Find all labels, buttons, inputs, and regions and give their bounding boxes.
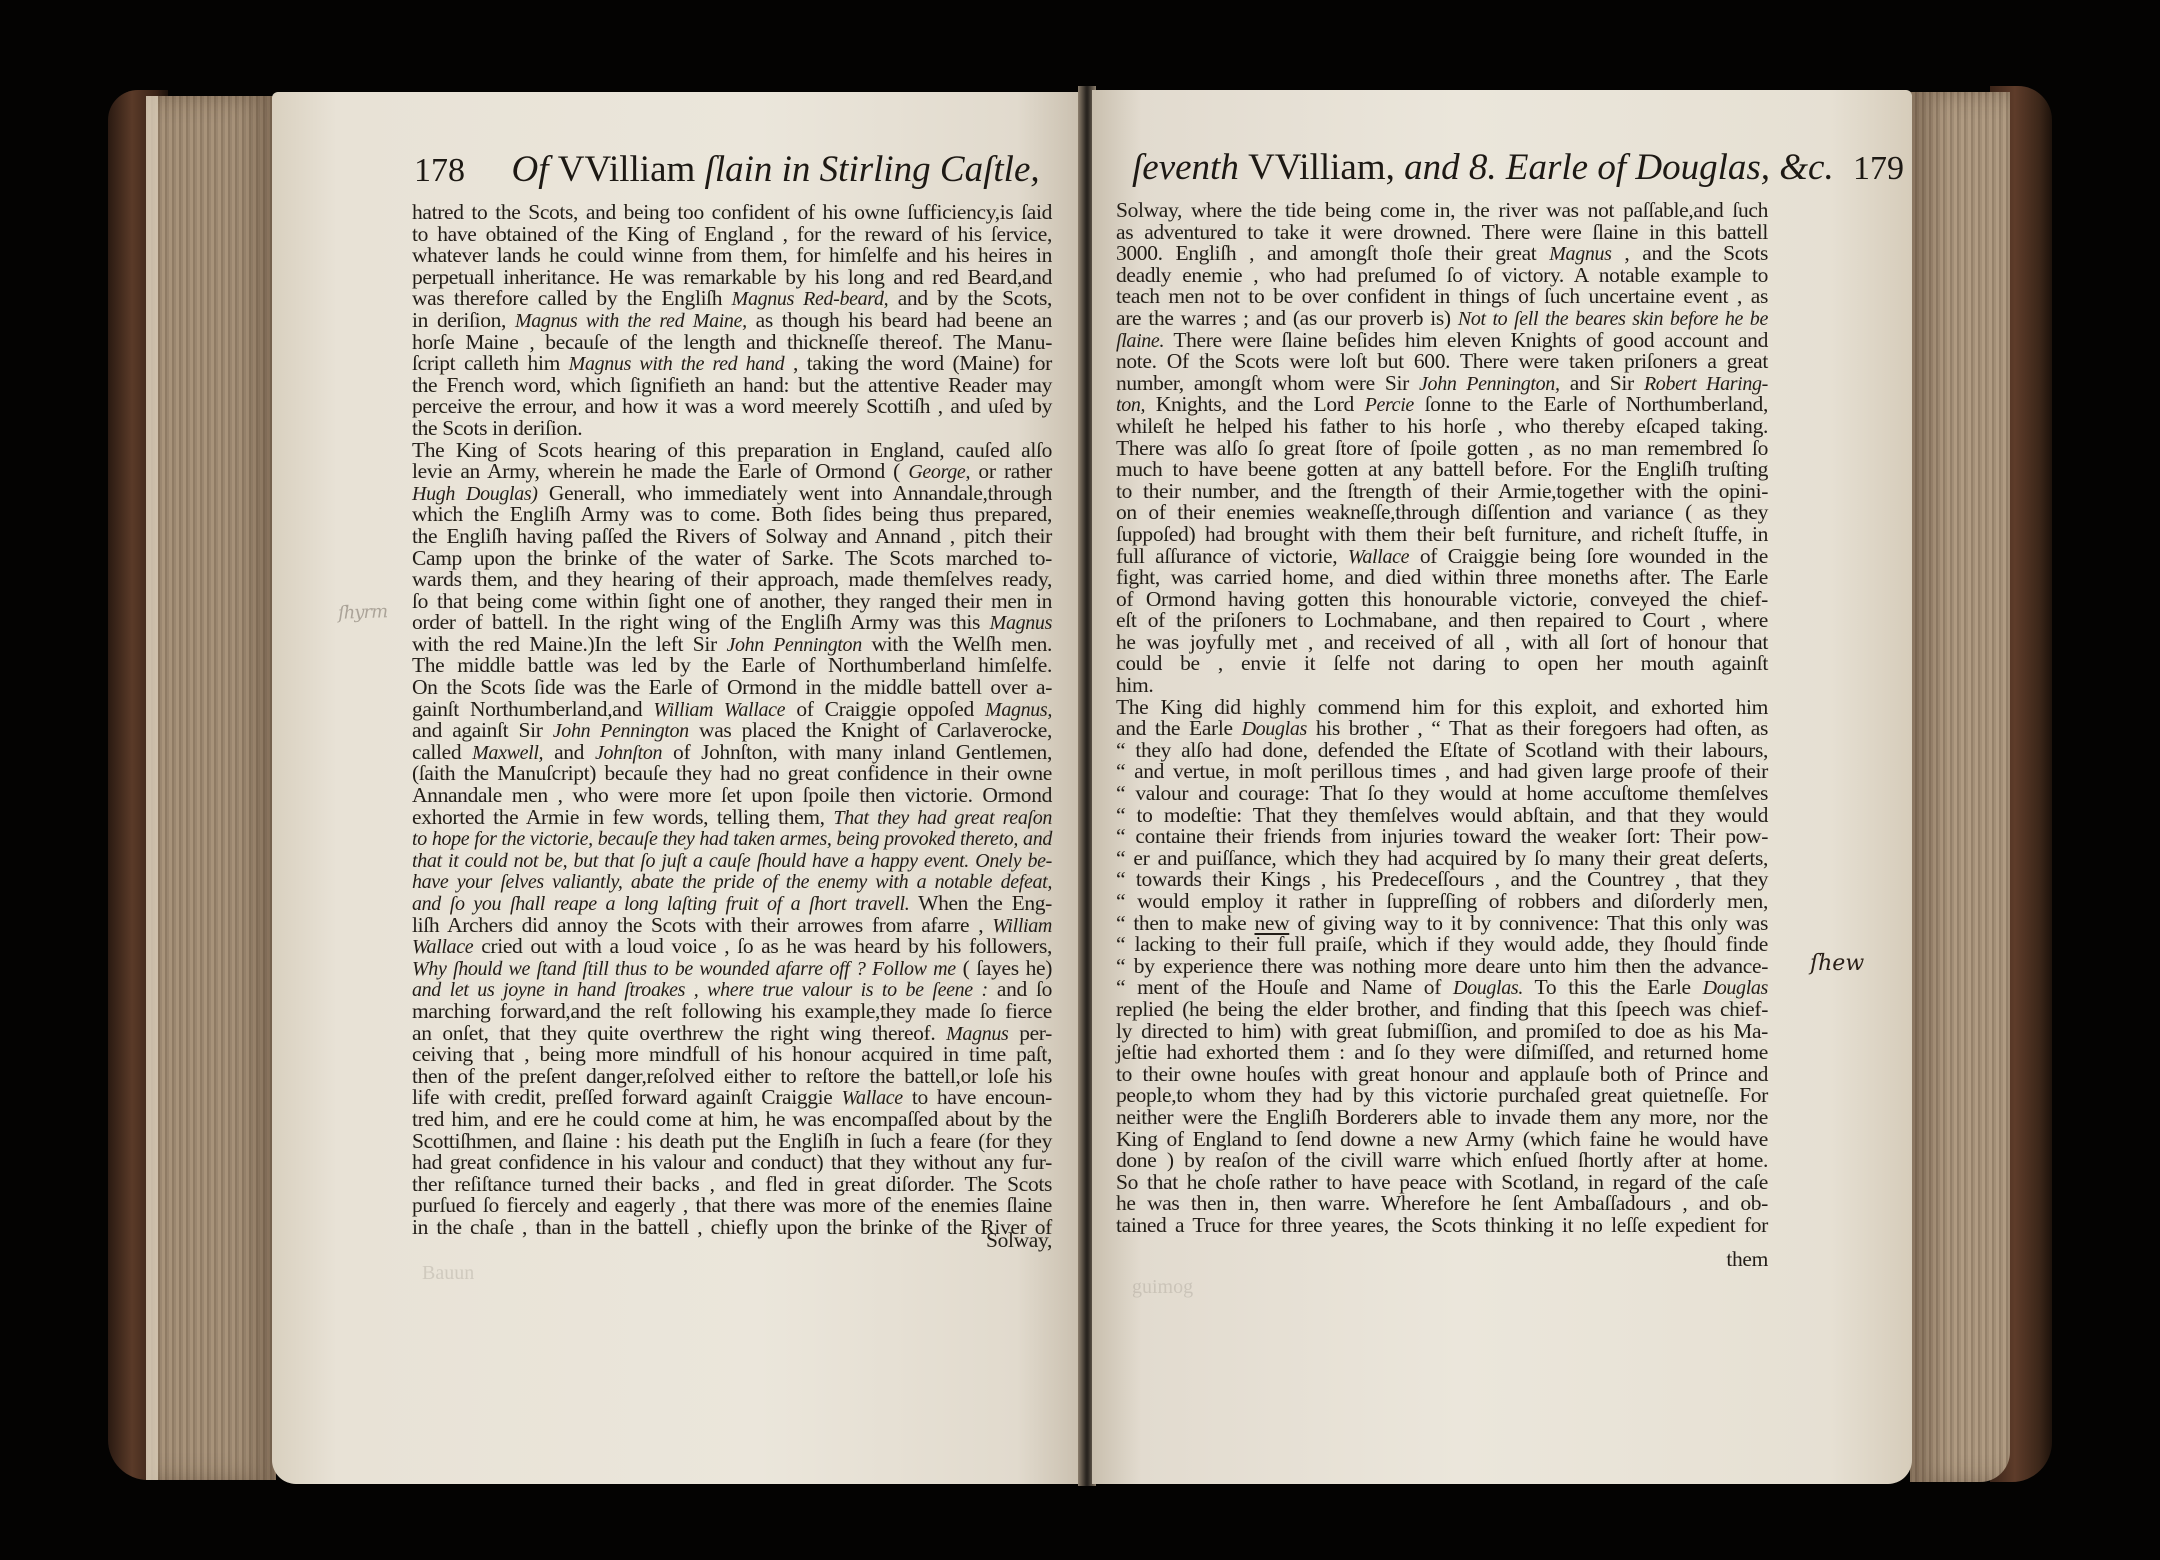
- photo-background: 178 Of VVilliam ſlain in Stirling Caſtle…: [0, 0, 2160, 1560]
- text-line: of Ormond having gotten this honourable …: [1116, 589, 1768, 611]
- text-line: The King of Scots hearing of this prepar…: [412, 440, 1052, 462]
- text-line: which the Engliſh Army was to come. Both…: [412, 504, 1052, 526]
- text-line: note. Of the Scots were loſt but 600. Th…: [1116, 351, 1768, 373]
- catchword-block: Solway,: [412, 1230, 1052, 1252]
- running-title: ſeventh VVilliam, and 8. Earle of Dougla…: [1132, 147, 1834, 188]
- margin-annotation: ſhew: [1810, 951, 1864, 976]
- text-line: done ) by reaſon of the civill warre whi…: [1116, 1150, 1768, 1172]
- catchword: them: [1116, 1249, 1768, 1271]
- text-line: “ valour and courage: That ſo they would…: [1116, 783, 1768, 805]
- text-line: whatever lands he could winne from them,…: [412, 245, 1052, 267]
- text-line: eſt of the priſoners to Lochmabane, and …: [1116, 610, 1768, 632]
- text-line: horſe Maine , becauſe of the length and …: [412, 332, 1052, 354]
- text-line: that it could not be, but that ſo juſt a…: [412, 850, 1052, 872]
- text-line: “ they alſo had done, defended the Eſtat…: [1116, 740, 1768, 762]
- text-line: on of their enemies weakneſſe,through di…: [1116, 502, 1768, 524]
- text-line: with the red Maine.)In the left Sir John…: [412, 634, 1052, 656]
- text-line: teach men not to be over confident in th…: [1116, 286, 1768, 308]
- text-line: jeſtie had exhorted them : and ſo they w…: [1116, 1042, 1768, 1064]
- text-line: tained a Truce for three yeares, the Sco…: [1116, 1215, 1768, 1237]
- text-line: ſuppoſed) had brought with them their be…: [1116, 524, 1768, 546]
- right-page: ſeventh VVilliam, and 8. Earle of Dougla…: [1092, 90, 1912, 1484]
- text-line: “ er and puiſſance, which they had acqui…: [1116, 848, 1768, 870]
- text-line: Solway, where the tide being come in, th…: [1116, 200, 1768, 222]
- text-line: ceiving that , being more mindfull of hi…: [412, 1044, 1052, 1066]
- text-line: purſued ſo fiercely and eagerly , that t…: [412, 1195, 1052, 1217]
- text-line: had great confidence in his valour and c…: [412, 1152, 1052, 1174]
- text-line: have your ſelves valiantly, abate the pr…: [412, 871, 1052, 893]
- text-line: Wallace cried out with a loud voice , ſo…: [412, 936, 1052, 958]
- margin-annotation: ſhyrm: [338, 601, 388, 624]
- text-line: On the Scots ſide was the Earle of Ormon…: [412, 677, 1052, 699]
- text-line: number, amongſt whom were Sir John Penni…: [1116, 373, 1768, 395]
- text-line: Hugh Douglas) Generall, who immediately …: [412, 483, 1052, 505]
- text-line: him.: [1116, 675, 1768, 697]
- text-line: then of the preſent danger,reſolved eith…: [412, 1066, 1052, 1088]
- text-line: wards them, and they hearing of their ap…: [412, 569, 1052, 591]
- text-line: much to have beene gotten at any battell…: [1116, 459, 1768, 481]
- text-line: to hope for the victorie, becauſe they h…: [412, 828, 1052, 850]
- text-line: and ſo you ſhall reape a long laſting fr…: [412, 893, 1052, 915]
- text-line: ton, Knights, and the Lord Percie ſonne …: [1116, 394, 1768, 416]
- catchword: Solway,: [412, 1230, 1052, 1252]
- text-line: ly directed to him) with great ſubmiſſio…: [1116, 1021, 1768, 1043]
- page-number: 179: [1853, 150, 1904, 187]
- show-through-text: Bauun: [422, 1262, 474, 1285]
- text-line: ther reſiſtance turned their backs , and…: [412, 1174, 1052, 1196]
- text-line: to have obtained of the King of England …: [412, 224, 1052, 246]
- text-line: he was then in, then warre. Wherefore he…: [1116, 1193, 1768, 1215]
- text-line: deadly enemie , who had preſumed ſo of v…: [1116, 265, 1768, 287]
- page-number: 178: [414, 152, 465, 189]
- text-line: order of battell. In the right wing of t…: [412, 612, 1052, 634]
- text-line: Camp upon the brinke of the water of Sar…: [412, 548, 1052, 570]
- text-line: to their number, and the ſtrength of the…: [1116, 481, 1768, 503]
- text-line: perceive the errour, and how it was a wo…: [412, 396, 1052, 418]
- text-line: as adventured to take it were drowned. T…: [1116, 222, 1768, 244]
- text-line: Scottiſhmen, and ſlaine : his death put …: [412, 1131, 1052, 1153]
- left-page: 178 Of VVilliam ſlain in Stirling Caſtle…: [272, 92, 1082, 1484]
- text-line: exhorted the Armie in few words, telling…: [412, 807, 1052, 829]
- text-line: could be , envie it ſelfe not daring to …: [1116, 653, 1768, 675]
- text-line: “ by experience there was nothing more d…: [1116, 956, 1768, 978]
- text-line: ſcript calleth him Magnus with the red h…: [412, 353, 1052, 375]
- text-line: life with credit, preſſed forward againſ…: [412, 1087, 1052, 1109]
- text-line: The King did highly commend him for this…: [1116, 697, 1768, 719]
- text-line: called Maxwell, and Johnſton of Johnſton…: [412, 742, 1052, 764]
- text-line: levie an Army, wherein he made the Earle…: [412, 461, 1052, 483]
- running-head-right: ſeventh VVilliam, and 8. Earle of Dougla…: [1132, 148, 1904, 189]
- text-line: and the Earle Douglas his brother , “ Th…: [1116, 718, 1768, 740]
- text-line: “ would employ it rather in ſuppreſſing …: [1116, 891, 1768, 913]
- text-line: and let us joyne in hand ſtroakes , wher…: [412, 979, 1052, 1001]
- text-line: are the warres ; and (as our proverb is)…: [1116, 308, 1768, 330]
- text-line: and againſt Sir John Pennington was plac…: [412, 720, 1052, 742]
- text-line: the Engliſh having paſſed the Rivers of …: [412, 526, 1052, 548]
- text-line: “ containe their friends from injuries t…: [1116, 826, 1768, 848]
- text-line: King of England to ſend downe a new Army…: [1116, 1129, 1768, 1151]
- text-line: “ to modeſtie: That they themſelves woul…: [1116, 805, 1768, 827]
- text-line: he was joyfully met , and received of al…: [1116, 632, 1768, 654]
- text-line: The middle battle was led by the Earle o…: [412, 655, 1052, 677]
- text-line: was therefore called by the Engliſh Magn…: [412, 288, 1052, 310]
- show-through-text: guimog: [1132, 1276, 1193, 1299]
- text-line: to their owne houſes with great honour a…: [1116, 1064, 1768, 1086]
- text-line: tred him, and ere he could come at him, …: [412, 1109, 1052, 1131]
- text-line: fight, was carried home, and died within…: [1116, 567, 1768, 589]
- text-line: neither were the Engliſh Borderers able …: [1116, 1107, 1768, 1129]
- body-text: Solway, where the tide being come in, th…: [1116, 200, 1768, 1237]
- text-line: the French word, which ſignifieth an han…: [412, 375, 1052, 397]
- text-line: the Scots in deriſion.: [412, 418, 1052, 440]
- text-line: “ lacking to their full praiſe, which if…: [1116, 934, 1768, 956]
- text-line: full aſſurance of victorie, Wallace of C…: [1116, 546, 1768, 568]
- page-edges-right: [1910, 92, 2010, 1482]
- text-line: “ then to make new of giving way to it b…: [1116, 913, 1768, 935]
- text-line: people,to whom they had by this victorie…: [1116, 1085, 1768, 1107]
- text-line: perpetuall inheritance. He was remarkabl…: [412, 267, 1052, 289]
- text-line: “ towards their Kings , his Predeceſſour…: [1116, 869, 1768, 891]
- text-line: Why ſhould we ſtand ſtill thus to be wou…: [412, 958, 1052, 980]
- running-head-left: 178 Of VVilliam ſlain in Stirling Caſtle…: [414, 150, 1040, 191]
- text-line: So that he choſe rather to have peace wi…: [1116, 1172, 1768, 1194]
- text-line: Annandale men , who were more ſet upon ſ…: [412, 785, 1052, 807]
- text-line: marching forward,and the reſt following …: [412, 1001, 1052, 1023]
- text-line: an onſet, that they quite overthrew the …: [412, 1023, 1052, 1045]
- catchword-block: them: [1116, 1249, 1768, 1271]
- text-line: replied (he being the elder brother, and…: [1116, 999, 1768, 1021]
- text-line: There was alſo ſo great ſtore of ſpoile …: [1116, 438, 1768, 460]
- text-line: ſlaine. There were ſlaine beſides him el…: [1116, 330, 1768, 352]
- text-line: 3000. Engliſh , and amongſt thoſe their …: [1116, 243, 1768, 265]
- text-line: in deriſion, Magnus with the red Maine, …: [412, 310, 1052, 332]
- body-text: hatred to the Scots, and being too confi…: [412, 202, 1052, 1239]
- text-line: liſh Archers did annoy the Scots with th…: [412, 915, 1052, 937]
- text-line: whileſt he helped his father to his horſ…: [1116, 416, 1768, 438]
- text-line: “ ment of the Houſe and Name of Douglas.…: [1116, 977, 1768, 999]
- text-line: ſo that being come within ſight one of a…: [412, 591, 1052, 613]
- page-edges-left: [146, 96, 276, 1480]
- running-title: Of VVilliam ſlain in Stirling Caſtle,: [512, 149, 1040, 190]
- text-line: gainſt Northumberland,and William Wallac…: [412, 699, 1052, 721]
- text-line: “ and vertue, in moſt perillous times , …: [1116, 761, 1768, 783]
- text-line: hatred to the Scots, and being too confi…: [412, 202, 1052, 224]
- text-line: (ſaith the Manuſcript) becauſe they had …: [412, 763, 1052, 785]
